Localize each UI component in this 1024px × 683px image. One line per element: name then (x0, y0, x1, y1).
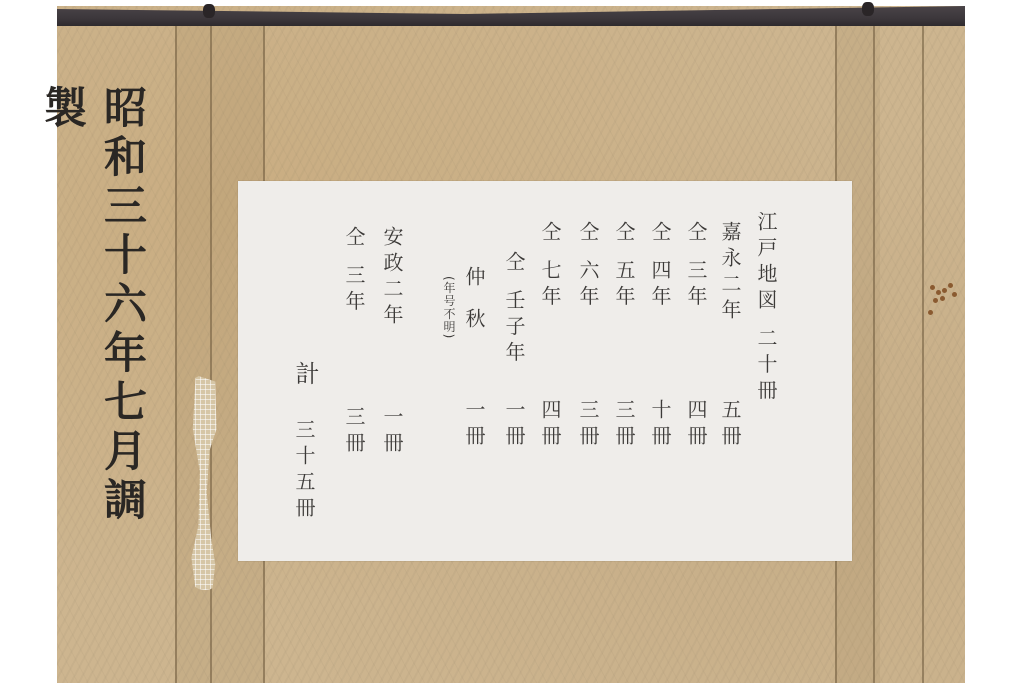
entry-count: 一冊 (460, 399, 489, 451)
inventory-label: 江戸地図 二十冊 嘉永二年 五冊 仝 三年 四冊 仝 四年 十冊 仝 五年 三冊… (238, 181, 852, 561)
date-inscription: 昭和三十六年七月調製 (92, 85, 152, 545)
entry-count: 四冊 (682, 399, 711, 451)
entry-count: 四冊 (536, 399, 565, 451)
entry-count: 一冊 (378, 406, 407, 458)
entry-count: 五冊 (716, 399, 745, 451)
entry-era-year: 仝 五年 (610, 221, 639, 311)
entry-era-year: 嘉永二年 (716, 221, 745, 325)
entry-count: 三冊 (610, 399, 639, 451)
entry-count: 三冊 (340, 406, 369, 458)
entry-era-year: 仝 七年 (536, 221, 565, 311)
entry-era-year: 仝 三年 (682, 221, 711, 311)
fold-line (922, 26, 924, 683)
entry-note: (年号不明) (441, 276, 458, 339)
label-title: 江戸地図 二十冊 (752, 211, 781, 405)
binding-knot (862, 2, 874, 16)
entry-era-year: 安政二年 (378, 226, 407, 330)
entry-era-year: 仝 四年 (646, 221, 675, 311)
fold-line (175, 26, 177, 683)
document-photo: 昭和三十六年七月調製 江戸地図 二十冊 嘉永二年 五冊 仝 三年 四冊 仝 四年… (0, 0, 1024, 683)
entry-era-year: 仝 壬子年 (500, 251, 529, 367)
fold-line (873, 26, 875, 683)
binding-knot (203, 4, 215, 18)
entry-era-year: 仲秋 (460, 266, 489, 350)
total-count: 三十五冊 (290, 419, 319, 523)
total-label: 計 (288, 361, 323, 391)
entry-count: 三冊 (574, 399, 603, 451)
entry-era-year: 仝 六年 (574, 221, 603, 311)
entry-count: 十冊 (646, 399, 675, 451)
entry-count: 一冊 (500, 399, 529, 451)
entry-era-year: 仝 三年 (340, 226, 369, 316)
